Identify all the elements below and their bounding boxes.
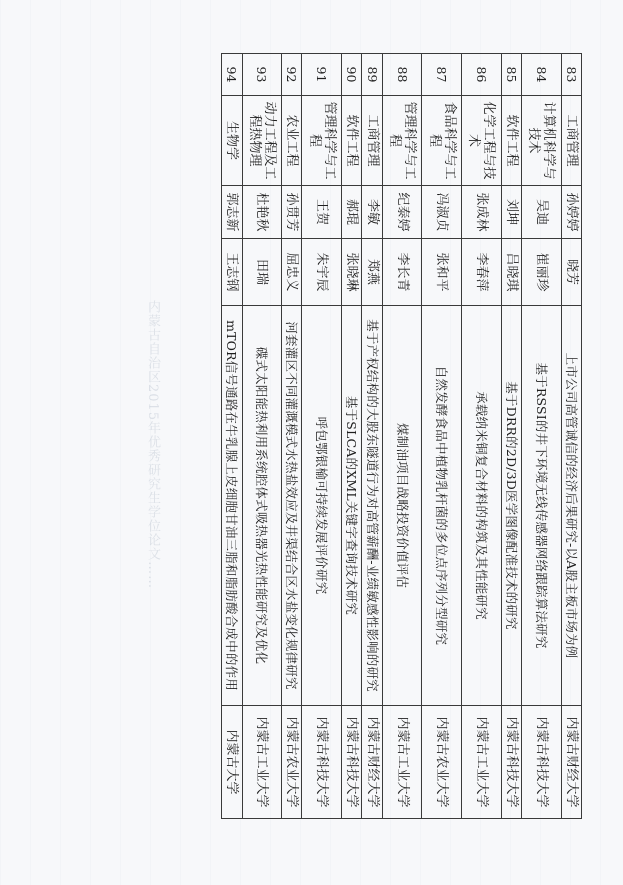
supervisor-name-cell: 王志钢 bbox=[222, 239, 243, 306]
university-cell: 内蒙古工业大学 bbox=[462, 706, 502, 819]
university-cell: 内蒙古农业大学 bbox=[282, 706, 302, 819]
row-number: 83 bbox=[561, 54, 581, 96]
major-cell: 软件工程 bbox=[342, 96, 362, 186]
supervisor-name-cell: 晓芳 bbox=[561, 239, 581, 306]
supervisor-name-cell: 李春萍 bbox=[462, 239, 502, 306]
supervisor-name-cell: 崔丽珍 bbox=[522, 239, 562, 306]
row-number: 89 bbox=[362, 54, 382, 96]
major-cell: 计算机科学与技术 bbox=[522, 96, 562, 186]
thesis-title-cell: 基于DRR的2D/3D医学图像配准技术的研究 bbox=[501, 306, 521, 706]
row-number: 93 bbox=[242, 54, 282, 96]
major-cell: 软件工程 bbox=[501, 96, 521, 186]
supervisor-name-cell: 张和平 bbox=[422, 239, 462, 306]
table-row: 86 化学工程与技术 张成林 李春萍 承载纳米铜复合材料的构筑及其性能研究 内蒙… bbox=[462, 54, 502, 819]
student-name-cell: 郭志新 bbox=[222, 186, 243, 239]
university-cell: 内蒙古农业大学 bbox=[422, 706, 462, 819]
table-row: 93 动力工程及工程热物理 杜艳秋 田瑞 碟式太阳能热利用系统腔体式吸热器光热性… bbox=[242, 54, 282, 819]
thesis-title-cell: 煤制油项目战略投资价值评估 bbox=[382, 306, 422, 706]
university-cell: 内蒙古工业大学 bbox=[382, 706, 422, 819]
row-number: 90 bbox=[342, 54, 362, 96]
student-name-cell: 吴迪 bbox=[522, 186, 562, 239]
major-cell: 管理科学与工程 bbox=[302, 96, 342, 186]
major-cell: 农业工程 bbox=[282, 96, 302, 186]
thesis-title-cell: 基于产权结构的大股东隧道行为对高管薪酬-业绩敏感性影响的研究 bbox=[362, 306, 382, 706]
row-number: 94 bbox=[222, 54, 243, 96]
rotated-table-wrapper: 83 工商管理 孙婷婷 晓芳 上市公司高管诚信的经济后果研究-以A股主板市场为例… bbox=[221, 53, 582, 818]
supervisor-name-cell: 吕晓琪 bbox=[501, 239, 521, 306]
thesis-title-cell: 碟式太阳能热利用系统腔体式吸热器光热性能研究及优化 bbox=[242, 306, 282, 706]
supervisor-name-cell: 张晓琳 bbox=[342, 239, 362, 306]
thesis-title-cell: 呼包鄂银榆可持续发展评价研究 bbox=[302, 306, 342, 706]
student-name-cell: 孙贯芳 bbox=[282, 186, 302, 239]
thesis-title-cell: 基于SLCA的XML关键字查询技术研究 bbox=[342, 306, 362, 706]
major-cell: 化学工程与技术 bbox=[462, 96, 502, 186]
table-row: 84 计算机科学与技术 吴迪 崔丽珍 基于RSSI的井下环境无线传感器网络跟踪算… bbox=[522, 54, 562, 819]
thesis-title-cell: 自然发酵食品中植物乳杆菌的多位点序列分型研究 bbox=[422, 306, 462, 706]
supervisor-name-cell: 屈忠义 bbox=[282, 239, 302, 306]
thesis-title-cell: 基于RSSI的井下环境无线传感器网络跟踪算法研究 bbox=[522, 306, 562, 706]
student-name-cell: 王贺 bbox=[302, 186, 342, 239]
university-cell: 内蒙古工业大学 bbox=[242, 706, 282, 819]
table-row: 83 工商管理 孙婷婷 晓芳 上市公司高管诚信的经济后果研究-以A股主板市场为例… bbox=[561, 54, 581, 819]
student-name-cell: 孙婷婷 bbox=[561, 186, 581, 239]
major-cell: 动力工程及工程热物理 bbox=[242, 96, 282, 186]
major-cell: 工商管理 bbox=[362, 96, 382, 186]
university-cell: 内蒙古科技大学 bbox=[342, 706, 362, 819]
thesis-title-cell: 河套灌区不同灌溉模式水热盐效应及井渠结合区水盐变化规律研究 bbox=[282, 306, 302, 706]
row-number: 92 bbox=[282, 54, 302, 96]
supervisor-name-cell: 田瑞 bbox=[242, 239, 282, 306]
major-cell: 工商管理 bbox=[561, 96, 581, 186]
table-row: 92 农业工程 孙贯芳 屈忠义 河套灌区不同灌溉模式水热盐效应及井渠结合区水盐变… bbox=[282, 54, 302, 819]
student-name-cell: 纪泰婷 bbox=[382, 186, 422, 239]
row-number: 91 bbox=[302, 54, 342, 96]
table-row: 88 管理科学与工程 纪泰婷 李长青 煤制油项目战略投资价值评估 内蒙古工业大学 bbox=[382, 54, 422, 819]
award-list-table: 83 工商管理 孙婷婷 晓芳 上市公司高管诚信的经济后果研究-以A股主板市场为例… bbox=[221, 53, 582, 819]
major-cell: 生物学 bbox=[222, 96, 243, 186]
major-cell: 食品科学与工程 bbox=[422, 96, 462, 186]
student-name-cell: 李敏 bbox=[362, 186, 382, 239]
university-cell: 内蒙古财经大学 bbox=[362, 706, 382, 819]
university-cell: 内蒙古大学 bbox=[222, 706, 243, 819]
table-row: 87 食品科学与工程 冯淑贞 张和平 自然发酵食品中植物乳杆菌的多位点序列分型研… bbox=[422, 54, 462, 819]
thesis-title-cell: 上市公司高管诚信的经济后果研究-以A股主板市场为例 bbox=[561, 306, 581, 706]
thesis-title-cell: mTOR信号通路在牛乳腺上皮细胞甘油三脂和脂肪酸合成中的作用 bbox=[222, 306, 243, 706]
student-name-cell: 冯淑贞 bbox=[422, 186, 462, 239]
table-row: 89 工商管理 李敏 郑燕 基于产权结构的大股东隧道行为对高管薪酬-业绩敏感性影… bbox=[362, 54, 382, 819]
row-number: 88 bbox=[382, 54, 422, 96]
student-name-cell: 张成林 bbox=[462, 186, 502, 239]
student-name-cell: 杜艳秋 bbox=[242, 186, 282, 239]
student-name-cell: 刘坤 bbox=[501, 186, 521, 239]
university-cell: 内蒙古财经大学 bbox=[561, 706, 581, 819]
table-row: 90 软件工程 郝琨 张晓琳 基于SLCA的XML关键字查询技术研究 内蒙古科技… bbox=[342, 54, 362, 819]
student-name-cell: 郝琨 bbox=[342, 186, 362, 239]
table-row: 94 生物学 郭志新 王志钢 mTOR信号通路在牛乳腺上皮细胞甘油三脂和脂肪酸合… bbox=[222, 54, 243, 819]
table-row: 91 管理科学与工程 王贺 朱宇辰 呼包鄂银榆可持续发展评价研究 内蒙古科技大学 bbox=[302, 54, 342, 819]
row-number: 84 bbox=[522, 54, 562, 96]
row-number: 87 bbox=[422, 54, 462, 96]
row-number: 86 bbox=[462, 54, 502, 96]
thesis-title-cell: 承载纳米铜复合材料的构筑及其性能研究 bbox=[462, 306, 502, 706]
university-cell: 内蒙古科技大学 bbox=[302, 706, 342, 819]
supervisor-name-cell: 李长青 bbox=[382, 239, 422, 306]
reverse-side-bleed-text: 内蒙古自治区2015年优秀研究生学位论文…… bbox=[146, 300, 162, 589]
university-cell: 内蒙古科技大学 bbox=[522, 706, 562, 819]
table-row: 85 软件工程 刘坤 吕晓琪 基于DRR的2D/3D医学图像配准技术的研究 内蒙… bbox=[501, 54, 521, 819]
supervisor-name-cell: 朱宇辰 bbox=[302, 239, 342, 306]
university-cell: 内蒙古科技大学 bbox=[501, 706, 521, 819]
major-cell: 管理科学与工程 bbox=[382, 96, 422, 186]
supervisor-name-cell: 郑燕 bbox=[362, 239, 382, 306]
row-number: 85 bbox=[501, 54, 521, 96]
